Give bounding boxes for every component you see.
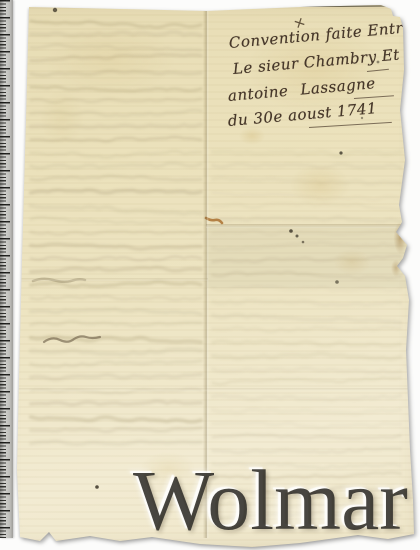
ink-speck (339, 151, 342, 154)
bleedthrough-line (213, 341, 400, 345)
bleedthrough-line (213, 204, 400, 210)
bleedthrough-line (213, 193, 400, 200)
bleedthrough-line (213, 164, 400, 167)
bleedthrough-line (31, 349, 201, 354)
bleedthrough-line (31, 417, 201, 422)
bleedthrough-line (213, 396, 400, 400)
bleedthrough-line (31, 206, 201, 214)
bleedthrough-line (31, 361, 201, 367)
bleedthrough-line (213, 423, 400, 428)
ink-speck (95, 485, 99, 489)
bleedthrough-line (31, 137, 201, 141)
bleedthrough-line (31, 55, 201, 61)
bleedthrough-line (213, 218, 400, 222)
bleedthrough-line (31, 282, 201, 286)
bleedthrough-line (31, 401, 201, 404)
bleedthrough-line (31, 163, 201, 167)
horizontal-fold-crease (18, 388, 410, 391)
bleedthrough-line (31, 71, 201, 75)
bleedthrough-line (213, 315, 400, 322)
bleedthrough-line (31, 45, 201, 50)
bleedthrough-line (31, 99, 201, 102)
bleedthrough-line (31, 428, 201, 431)
bleedthrough-line (213, 178, 400, 183)
bleedthrough-line (31, 268, 201, 272)
bleedthrough-line (31, 176, 201, 180)
bleedthrough-line (213, 368, 400, 372)
bleedthrough-line (31, 151, 201, 157)
bleedthrough-line (31, 110, 201, 115)
bleedthrough-line (213, 378, 400, 385)
bleedthrough-line (31, 125, 201, 128)
bleedthrough-line (31, 21, 201, 27)
bleedthrough-line (213, 301, 400, 305)
bleedthrough-line (213, 152, 400, 156)
bleedthrough-line (31, 296, 201, 299)
bleedthrough-line (213, 328, 400, 332)
bleedthrough-line (31, 441, 201, 444)
bleedthrough-line (213, 409, 400, 413)
bleedthrough-line (31, 322, 201, 326)
bleedthrough-line (31, 32, 201, 35)
bleedthrough-line (31, 217, 201, 223)
manuscript-photo: + Convention faite Entre Le sieur Chambr… (0, 0, 420, 550)
bleedthrough-line (31, 309, 201, 314)
bleedthrough-line (213, 354, 400, 359)
fold-shading (207, 226, 408, 288)
bleedthrough-line (213, 435, 400, 439)
wolmar-watermark: Wolmar (133, 457, 408, 543)
paper-top-edge-shadow (28, 5, 400, 7)
bleedthrough-line (31, 87, 201, 91)
ink-speck (53, 8, 57, 12)
bleedthrough-line (31, 244, 201, 249)
bleedthrough-line (31, 374, 201, 379)
bleedthrough-line (31, 232, 201, 235)
horizontal-fold-crease (18, 278, 208, 281)
bleedthrough-line (31, 257, 201, 261)
bleedthrough-line (31, 190, 201, 193)
